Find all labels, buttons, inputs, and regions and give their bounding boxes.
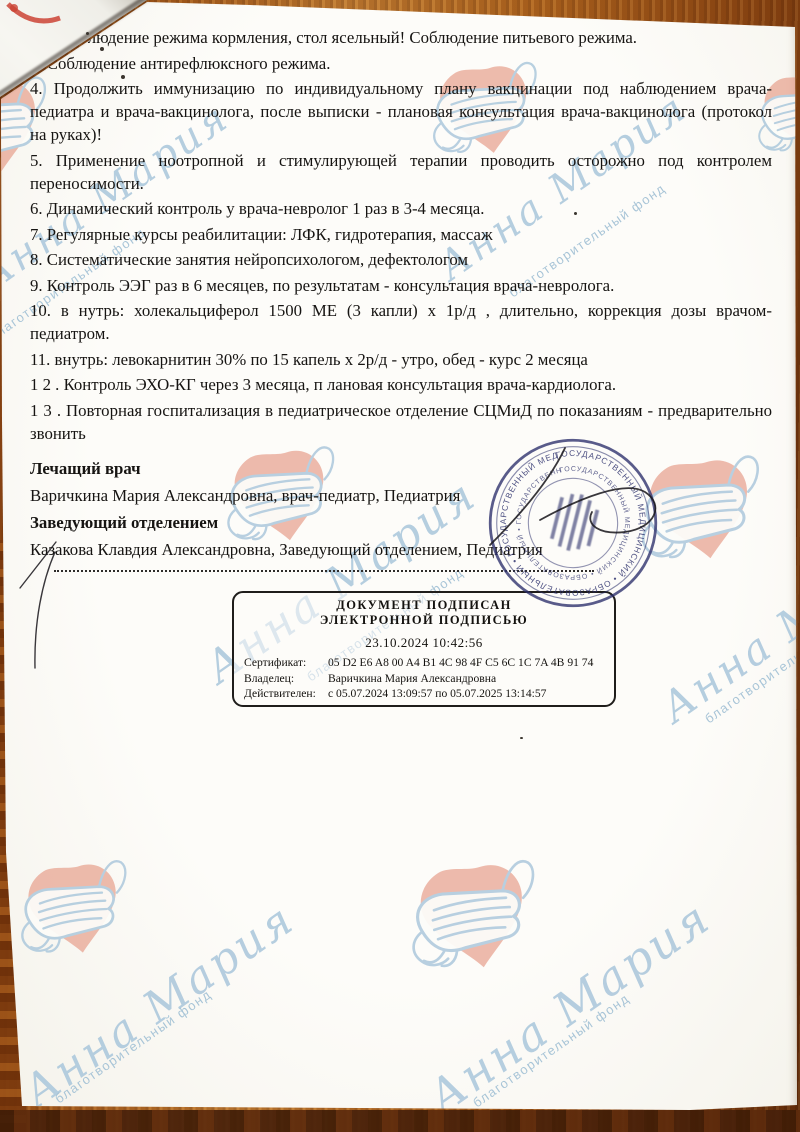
validity-label: Действителен: xyxy=(244,686,322,702)
validity-value: с 05.07.2024 13:09:57 по 05.07.2025 13:1… xyxy=(328,686,604,702)
recommendation-item: 10. в нутрь: холекальциферол 1500 МЕ (3 … xyxy=(30,299,772,345)
recommendation-item: 9. Контроль ЭЭГ раз в 6 месяцев, по резу… xyxy=(30,274,772,297)
recommendation-item: 8. Систематические занятия нейропсихолог… xyxy=(30,248,772,271)
document-page: Анна Мария благотворительный фонд Анна М… xyxy=(0,0,800,1132)
certificate-value: 05 D2 E6 A8 00 A4 B1 4C 98 4F C5 6C 1C 7… xyxy=(328,655,604,671)
recommendation-item: Соблюдение режима кормления, стол ясельн… xyxy=(30,26,772,49)
paper-speck xyxy=(520,737,523,739)
staple-hole xyxy=(121,75,125,79)
watermark-hands-heart-icon xyxy=(395,837,560,1002)
stamp-ring-text: ГОСУДАРСТВЕННЫЙ МЕДИЦИНСКИЙ • ОБРАЗОВАТЕ… xyxy=(480,430,665,616)
recommendations-list: Соблюдение режима кормления, стол ясельн… xyxy=(30,26,772,447)
staple-hole xyxy=(86,32,89,35)
table-wood-bottom-edge xyxy=(0,1110,800,1132)
certificate-label: Сертификат: xyxy=(244,655,322,671)
esign-datetime: 23.10.2024 10:42:56 xyxy=(244,635,604,651)
photo-of-document: Анна Мария благотворительный фонд Анна М… xyxy=(0,0,800,1132)
round-official-stamp: ГОСУДАРСТВЕННЫЙ МЕДИЦИНСКИЙ • ОБРАЗОВАТЕ… xyxy=(480,430,666,616)
owner-value: Варичкина Мария Александровна xyxy=(328,671,604,687)
recommendation-item: 5. Применение ноотропной и стимулирующей… xyxy=(30,149,772,195)
staple-hole xyxy=(100,47,104,51)
recommendation-item: 1 2 . Контроль ЭХО-КГ через 3 месяца, п … xyxy=(30,373,772,396)
owner-label: Владелец: xyxy=(244,671,322,687)
recommendation-item: 6. Динамический контроль у врача-невроло… xyxy=(30,197,772,220)
recommendation-item: 11. внутрь: левокарнитин 30% по 15 капел… xyxy=(30,348,772,371)
recommendation-item: 7. Регулярные курсы реабилитации: ЛФК, г… xyxy=(30,223,772,246)
svg-text:ГОСУДАРСТВЕННЫЙ МЕДИЦИНСКИЙ •: ГОСУДАРСТВЕННЫЙ МЕДИЦИНСКИЙ • ОБРАЗОВАТЕ… xyxy=(480,430,665,616)
watermark-hands-heart-icon xyxy=(6,840,148,982)
recommendation-item: 4. Продолжить иммунизацию по индивидуаль… xyxy=(30,77,772,146)
recommendation-item: 3. Соблюдение антирефлюксного режима. xyxy=(30,52,772,75)
paper-speck xyxy=(574,212,577,215)
